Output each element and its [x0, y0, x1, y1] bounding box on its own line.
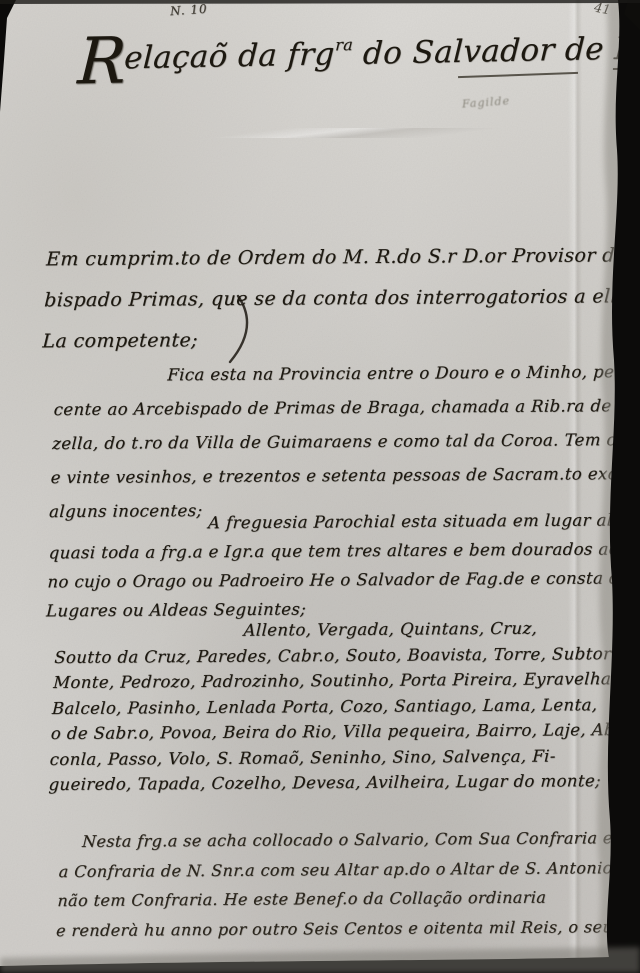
scan-edge-top	[0, 0, 640, 4]
title-superscript: ra	[335, 35, 354, 54]
paper-crease-horizontal	[0, 128, 640, 138]
manuscript-page: N. 10 41 Relaçaõ da frgra do Salvador de…	[0, 0, 640, 973]
document-title: Relaçaõ da frgra do Salvador de Fagilde	[77, 28, 640, 78]
manuscript-line: no cujo o Orago ou Padroeiro He o Salvad…	[47, 568, 640, 602]
title-parish-name: Fagilde	[613, 29, 640, 70]
paragraph-hamlet-list: Allento, Vergada, Quintans, Cruz, Soutto…	[48, 618, 640, 801]
manuscript-line: e vinte vesinhos, e trezentos e setenta …	[50, 464, 640, 502]
paragraph-opening: Em cumprim.to de Ordem do M. R.do S.r D.…	[41, 244, 640, 372]
title-initial-letter: R	[76, 24, 126, 99]
manuscript-line: cente ao Arcebispado de Primas de Braga,…	[53, 396, 640, 434]
manuscript-line: não tem Confraria. He este Benef.o da Co…	[57, 887, 640, 921]
scan-edge-top-left	[0, 0, 16, 112]
folio-number: 41	[593, 1, 612, 19]
paragraph-church: A freguesia Parochial esta situada em lu…	[45, 510, 640, 631]
manuscript-line: Fica esta na Provincia entre o Douro e o…	[54, 362, 640, 400]
scan-edge-bottom	[0, 956, 640, 973]
manuscript-line: Em cumprim.to de Ordem do M. R.do S.r D.…	[45, 244, 640, 290]
pencil-annotation: Fagilde	[462, 94, 511, 110]
title-text-1: elaçaõ da frg	[123, 36, 335, 76]
title-text-2: do Salvador de	[352, 31, 615, 72]
manuscript-line: A freguesia Parochial esta situada em lu…	[49, 510, 640, 544]
manuscript-line: e renderà hu anno por outro Seis Centos …	[55, 916, 640, 950]
manuscript-line: a Confraria de N. Snr.a com seu Altar ap…	[58, 857, 640, 891]
manuscript-line: zella, do t.ro da Villa de Guimaraens e …	[51, 430, 640, 468]
manuscript-line: quasi toda a frg.a e Igr.a que tem tres …	[48, 539, 640, 573]
scan-edge-top-right	[624, 0, 640, 30]
scan-edge-bottom-shadow	[0, 947, 640, 973]
manuscript-line: bispado Primas, que se da conta dos inte…	[43, 285, 640, 331]
manuscript-line: Nesta frg.a se acha collocado o Salvario…	[59, 828, 640, 862]
archival-note-number: N. 10	[170, 2, 209, 19]
title-underline-flourish	[458, 72, 578, 78]
manuscript-line: gueiredo, Tapada, Cozelho, Devesa, Avilh…	[48, 771, 633, 801]
paragraph-confrarias: Nesta frg.a se acha collocado o Salvario…	[55, 828, 640, 950]
